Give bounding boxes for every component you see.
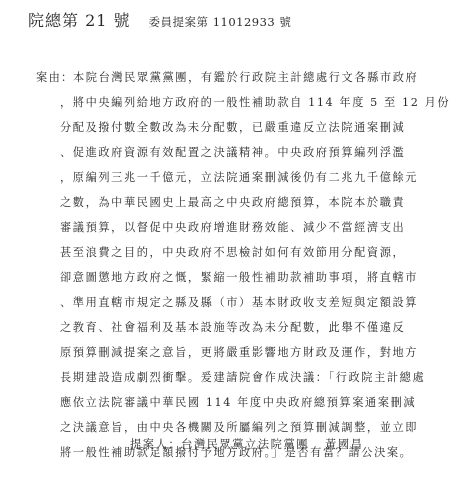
motion-line: 分配及撥付數全數改為未分配數，已嚴重違反立法院通案刪減 <box>36 115 436 140</box>
motion-label: 案由 <box>36 65 61 90</box>
motion-line: 、促進政府資源有效配置之決議精神。中央政府預算編列浮濫 <box>36 140 436 165</box>
document-header: 院總第 21 號 委員提案第 11012933 號 <box>28 8 291 31</box>
proposer-line: 提案人：台灣民眾黨立法院黨團黃國昌 <box>130 436 363 452</box>
motion-line: ，原編列三兆一千億元，立法院通案刪減後仍有二兆九千億餘元 <box>36 165 436 190</box>
motion-line: ，將中央編列給地方政府的一般性補助款自 114 年度 5 至 12 月份 <box>36 90 436 115</box>
motion-line: 審議預算，以督促中央政府增進財務效能、減少不當經濟支出 <box>36 215 436 240</box>
motion-line: 卻意圖懲地方政府之慨，緊縮一般性補助款補助事項，將直轄市 <box>36 265 436 290</box>
motion-line: 之教育、社會福利及基本設施等改為未分配數，此舉不僅違反 <box>36 315 436 340</box>
proposer-label: 提案人：台灣民眾黨立法院黨團 <box>130 438 309 451</box>
motion-line-1: 案由：本院台灣民眾黨黨團，有鑑於行政院主計總處行文各縣市政府 <box>36 65 436 90</box>
motion-line: 應依立法院審議中華民國 114 年度中央政府總預算案通案刪減 <box>36 390 436 415</box>
motion-line: 原預算刪減提案之意旨，更將嚴重影響地方財政及運作，對地方 <box>36 340 436 365</box>
motion-colon: ： <box>61 65 73 90</box>
motion-number: 委員提案第 11012933 號 <box>149 14 292 30</box>
motion-line: 甚至浪費之目的，中央政府不思檢討如何有效節用分配資源， <box>36 240 436 265</box>
motion-text: 本院台灣民眾黨黨團，有鑑於行政院主計總處行文各縣市政府 <box>73 71 418 84</box>
motion-line: 長期建設造成劇烈衝擊。爰建請院會作成決議：「行政院主計總處 <box>36 365 436 390</box>
motion-line: 之數，為中華民國史上最高之中央政府總預算，本院本於職責 <box>36 190 436 215</box>
document-number: 院總第 21 號 <box>28 8 131 31</box>
motion-line: 、準用直轄市規定之縣及縣（市）基本財政收支差短與定額設算 <box>36 290 436 315</box>
motion-body: 案由：本院台灣民眾黨黨團，有鑑於行政院主計總處行文各縣市政府 ，將中央編列給地方… <box>36 65 436 465</box>
proposer-name: 黃國昌 <box>325 438 363 451</box>
